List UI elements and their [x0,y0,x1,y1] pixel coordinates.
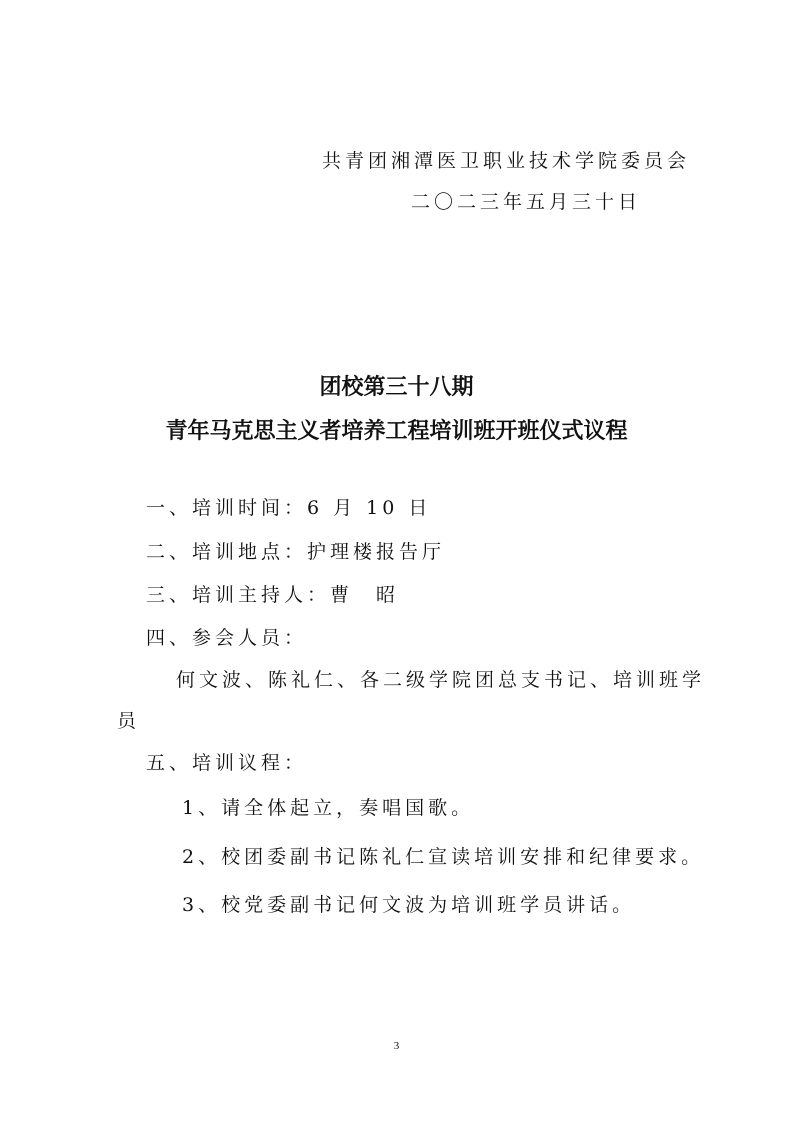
signature-date: 二〇二三年五月三十日 [411,187,641,214]
attendees-line-1: 何文波、陈礼仁、各二级学院团总支书记、培训班学 [176,665,705,692]
agenda-step-2: 2、校团委副书记陈礼仁宣读培训安排和纪律要求。 [182,842,704,869]
item-training-host: 三、培训主持人：曹 昭 [146,580,399,607]
agenda-step-3: 3、校党委副书记何文波为培训班学员讲话。 [182,890,635,917]
item-attendees-heading: 四、参会人员： [146,623,307,650]
item-training-location: 二、培训地点：护理楼报告厅 [146,537,445,564]
title-line-2: 青年马克思主义者培养工程培训班开班仪式议程 [0,414,793,445]
signature-organization: 共青团湘潭医卫职业技术学院委员会 [322,146,690,173]
agenda-heading: 五、培训议程： [146,748,307,775]
page-number: 3 [0,1040,793,1052]
attendees-line-2: 员 [117,706,140,733]
title-line-1: 团校第三十八期 [0,370,793,401]
item-training-time: 一、培训时间：6 月 10 日 [146,493,431,520]
agenda-step-1: 1、请全体起立，奏唱国歌。 [182,793,474,820]
